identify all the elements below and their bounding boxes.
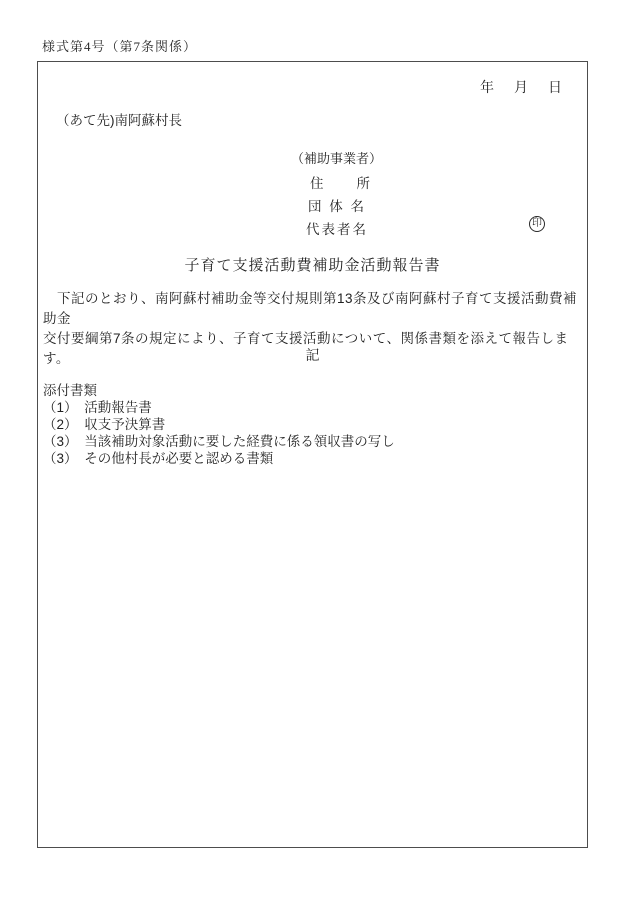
attachment-item: （3） その他村長が必要と認める書類 <box>43 450 583 467</box>
organization-name-field-label: 団 体 名 <box>308 195 366 215</box>
attachment-item: （2） 収支予決算書 <box>43 416 583 433</box>
seal-icon: 印 <box>529 216 545 232</box>
date-line: 年 月 日 <box>480 77 565 97</box>
note-marker: 記 <box>38 345 587 365</box>
form-number-label: 様式第4号（第7条関係） <box>42 36 197 55</box>
representative-name-field-label: 代表者名 <box>306 218 368 238</box>
addressee-line: （あて先)南阿蘇村長 <box>56 109 182 129</box>
applicant-heading: （補助事業者） <box>291 148 382 167</box>
address-field-label: 住 所 <box>310 172 372 192</box>
attachments-section: 添付書類 （1） 活動報告書 （2） 収支予決算書 （3） 当該補助対象活動に要… <box>43 382 583 467</box>
document-title: 子育て支援活動費補助金活動報告書 <box>38 254 587 275</box>
document-border-box: 年 月 日 （あて先)南阿蘇村長 （補助事業者） 住 所 団 体 名 代表者名 … <box>37 61 588 848</box>
attachment-item: （3） 当該補助対象活動に要した経費に係る領収書の写し <box>43 433 583 450</box>
document-page: 様式第4号（第7条関係） 年 月 日 （あて先)南阿蘇村長 （補助事業者） 住 … <box>0 0 630 915</box>
attachment-item: （1） 活動報告書 <box>43 399 583 416</box>
attachments-heading: 添付書類 <box>43 382 583 399</box>
